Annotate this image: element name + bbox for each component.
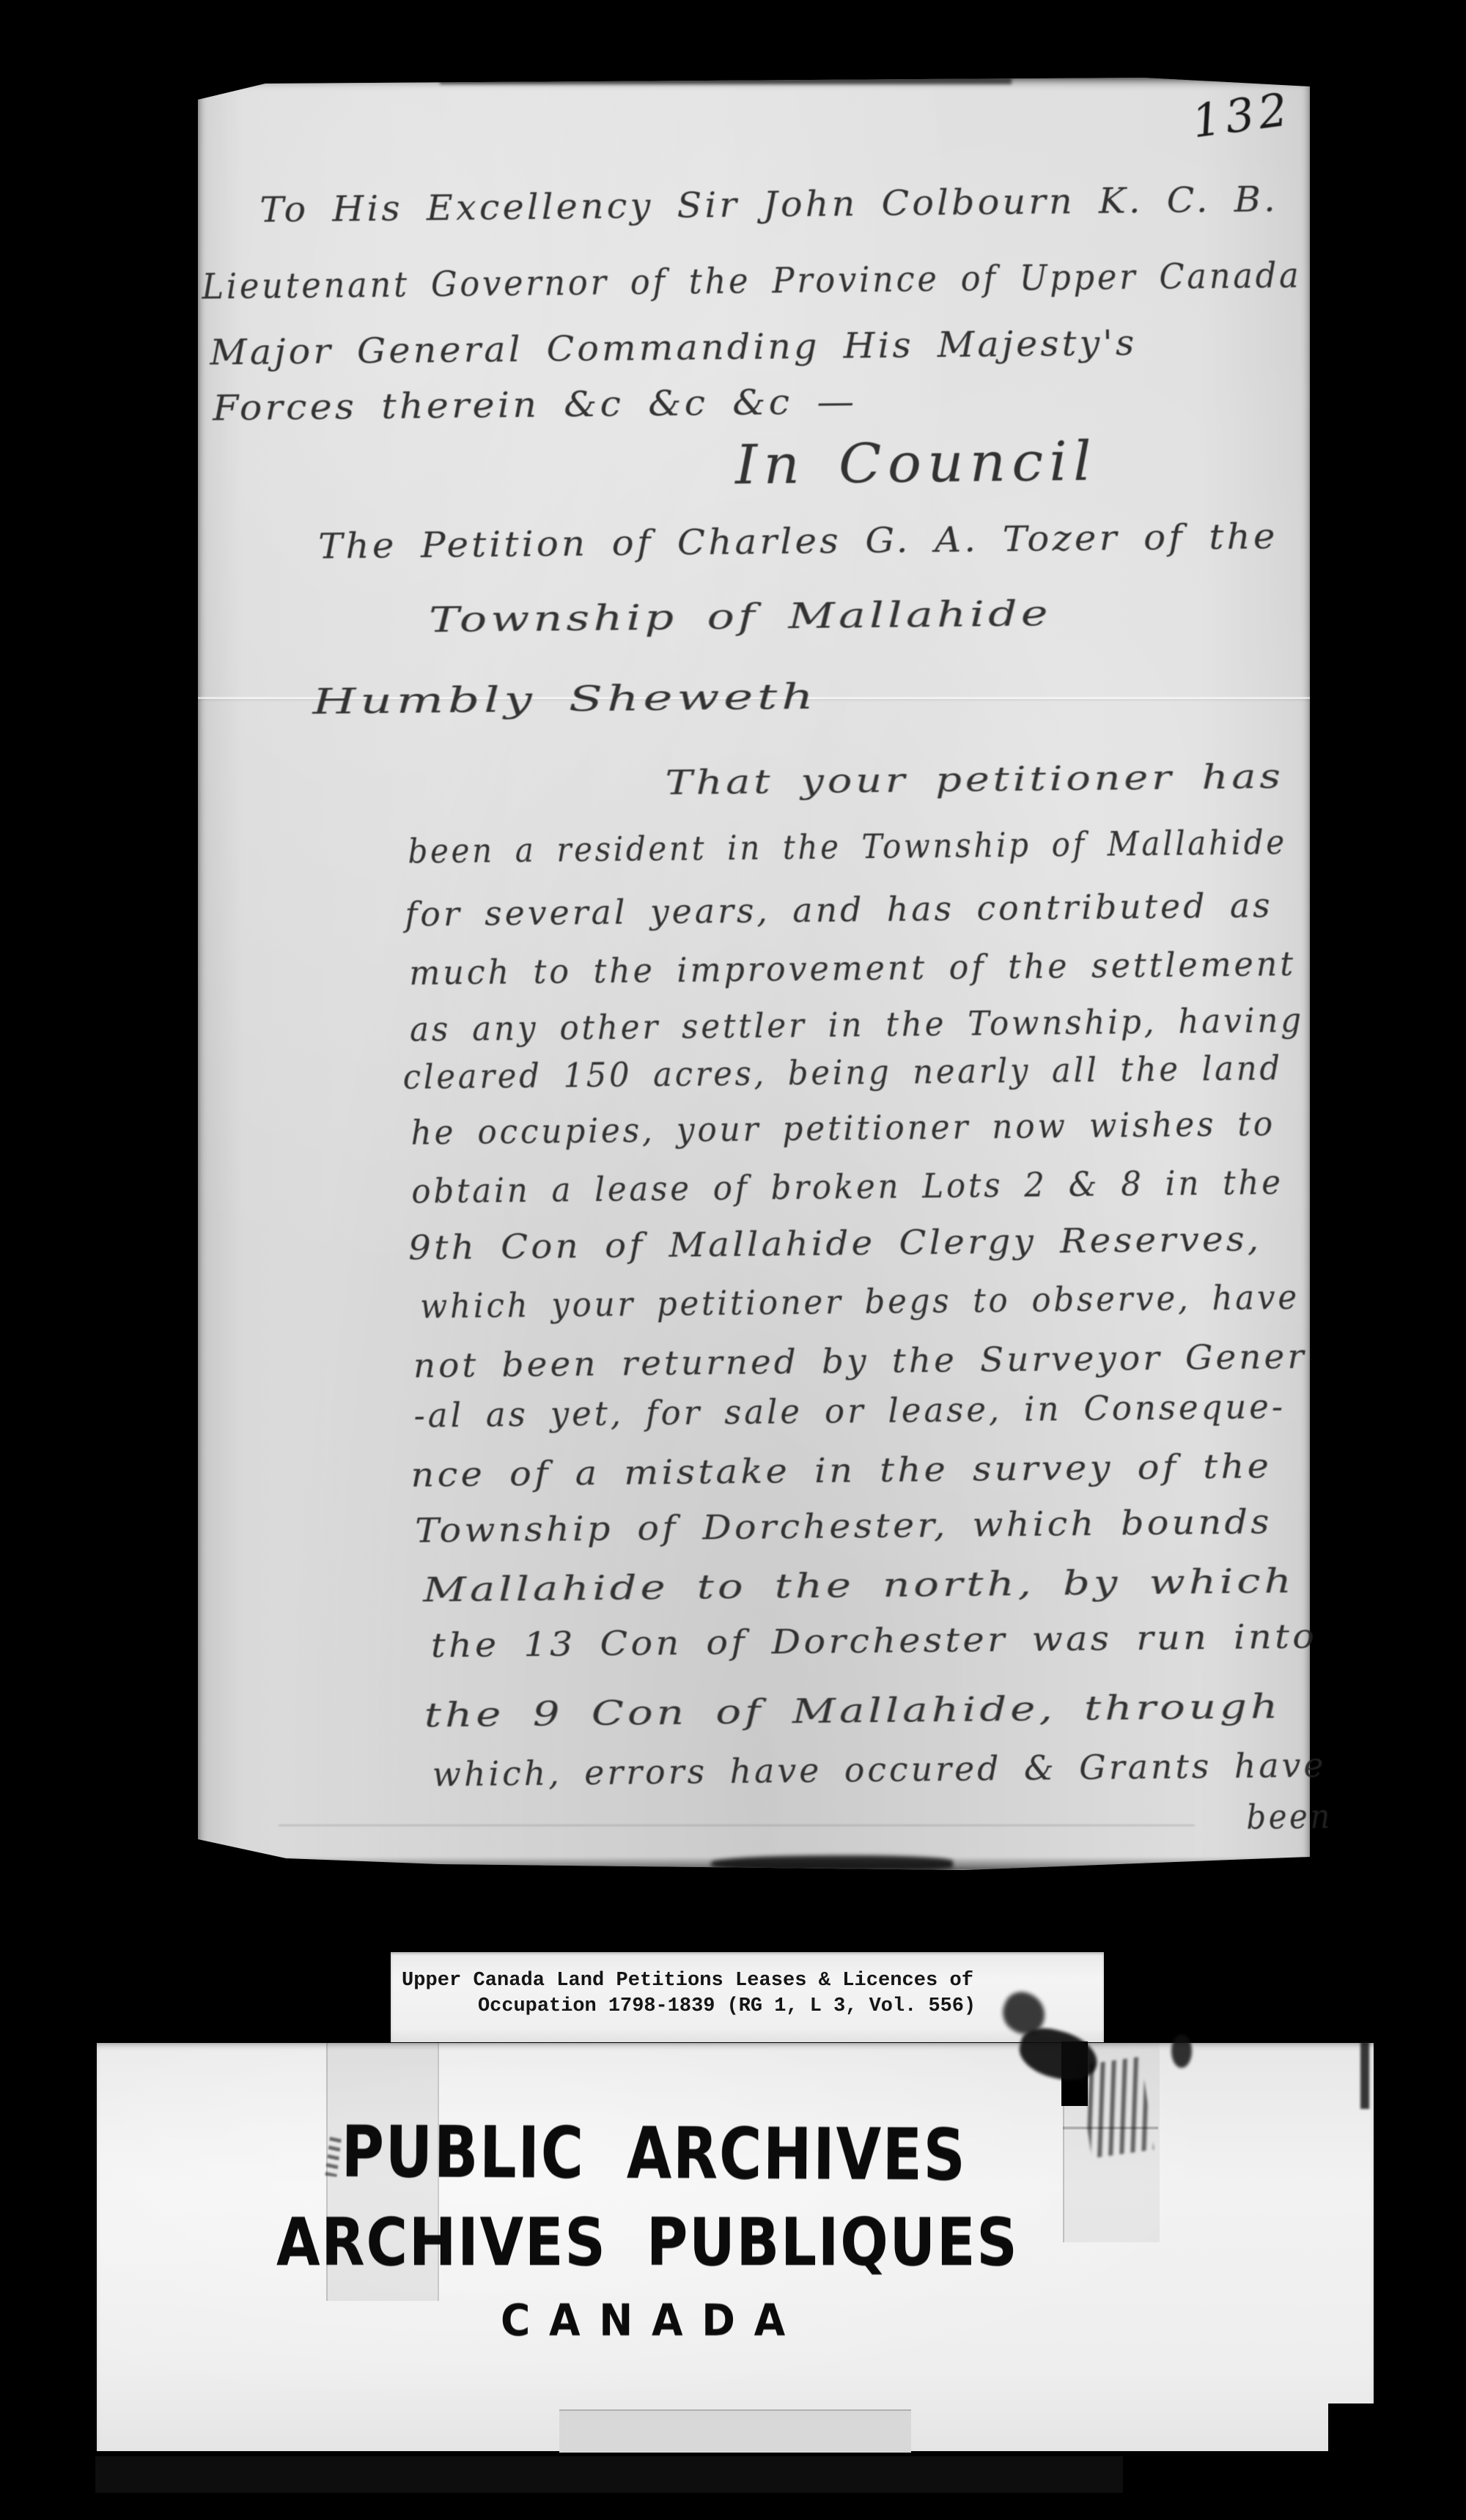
paper-edge-shadow xyxy=(95,2456,1123,2493)
banner-title-english: PUBLIC ARCHIVES xyxy=(341,2110,966,2196)
handwritten-line: not been returned by the Surveyor Gener xyxy=(413,1337,1307,1386)
handwritten-line: he occupies, your petitioner now wishes … xyxy=(410,1104,1275,1152)
handwritten-line: -al as yet, for sale or lease, in Conseq… xyxy=(413,1386,1286,1435)
handwritten-line: Major General Commanding His Majesty's xyxy=(210,322,1138,373)
handwritten-line: as any other settler in the Township, ha… xyxy=(410,1000,1304,1049)
scanned-page: 132 To His Excellency Sir John Colbourn … xyxy=(0,0,1466,2520)
handwriting-layer: 132 To His Excellency Sir John Colbourn … xyxy=(0,0,1466,1913)
handwritten-line: Mallahide to the north, by which xyxy=(423,1561,1295,1609)
handwritten-line: To His Excellency Sir John Colbourn K. C… xyxy=(259,179,1278,231)
ink-smudge xyxy=(1079,2057,1154,2159)
ink-smudge xyxy=(1171,2034,1192,2068)
handwritten-line: The Petition of Charles G. A. Tozer of t… xyxy=(318,516,1278,567)
handwritten-line: obtain a lease of broken Lots 2 & 8 in t… xyxy=(411,1162,1283,1211)
handwritten-line: Humbly Sheweth xyxy=(312,676,818,723)
handwritten-line: been xyxy=(1246,1797,1333,1837)
handwritten-line: nce of a mistake in the survey of the xyxy=(410,1446,1272,1494)
paper-gap xyxy=(1328,2403,1374,2453)
handwritten-line: Lieutenant Governor of the Province of U… xyxy=(202,255,1302,308)
banner-title-canada: CANADA xyxy=(501,2295,804,2346)
handwritten-line: That your petitioner has xyxy=(665,756,1284,802)
handwritten-line: which your petitioner begs to observe, h… xyxy=(420,1277,1300,1326)
banner-title-french: ARCHIVES PUBLIQUES xyxy=(276,2204,1019,2281)
handwritten-line: Township of Mallahide xyxy=(429,593,1052,640)
page-number: 132 xyxy=(1189,82,1295,148)
catalog-label-line: Upper Canada Land Petitions Leases & Lic… xyxy=(402,1970,973,1992)
handwritten-line: which, errors have occured & Grants have xyxy=(432,1745,1326,1795)
paper-patch xyxy=(559,2409,911,2453)
catalog-label-line: Occupation 1798-1839 (RG 1, L 3, Vol. 55… xyxy=(478,1995,976,2017)
handwritten-line: 9th Con of Mallahide Clergy Reserves, xyxy=(408,1219,1262,1267)
handwritten-line: In Council xyxy=(735,430,1098,497)
handwritten-line: been a resident in the Township of Malla… xyxy=(408,822,1287,871)
handwritten-line: much to the improvement of the settlemen… xyxy=(409,944,1296,993)
handwritten-line: the 9 Con of Mallahide, through xyxy=(424,1686,1282,1734)
catalog-label: Upper Canada Land Petitions Leases & Lic… xyxy=(391,1952,1104,2042)
handwritten-line: the 13 Con of Dorchester was run into xyxy=(431,1616,1318,1666)
ink-smudge xyxy=(1360,2042,1369,2109)
handwritten-line: Forces therein &c &c &c — xyxy=(213,381,858,429)
handwritten-line: Township of Dorchester, which bounds xyxy=(415,1501,1272,1550)
handwritten-line: for several years, and has contributed a… xyxy=(405,885,1273,934)
handwritten-line: cleared 150 acres, being nearly all the … xyxy=(402,1048,1283,1097)
